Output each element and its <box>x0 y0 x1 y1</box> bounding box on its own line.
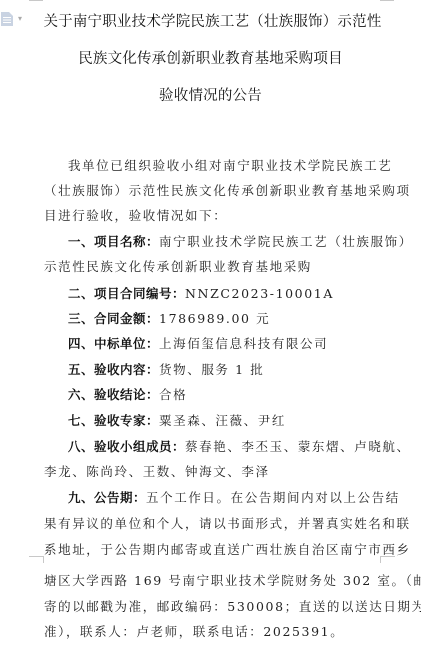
item-9: 九、公告期：五个工作日。在公告期间内对以上公告结 <box>68 488 404 506</box>
item-value: 上海佰玺信息科技有限公司 <box>159 336 328 351</box>
item-value: 合格 <box>159 387 187 402</box>
item-label: 三、合同金额： <box>68 311 159 326</box>
item-label: 二、项目合同编号： <box>68 286 185 301</box>
item-label: 六、验收结论： <box>68 387 159 402</box>
title-line-2: 民族文化传承创新职业教育基地采购项目 <box>0 47 421 68</box>
item-2: 二、项目合同编号：NNZC2023-10001A <box>68 284 404 302</box>
item-9-cont-5: 准），联系人：卢老师，联系电话：2025391。 <box>44 622 380 640</box>
title-line-1: 关于南宁职业技术学院民族工艺（壮族服饰）示范性 <box>40 10 385 31</box>
chevron-down-icon[interactable]: ▾ <box>18 14 22 23</box>
intro-line-2: （壮族服饰）示范性民族文化传承创新职业教育基地采购项 <box>44 181 380 199</box>
page-edge-mark <box>29 0 43 1</box>
item-value: 1786989.00 元 <box>159 311 270 326</box>
item-value: NNZC2023-10001A <box>185 286 334 301</box>
item-1-cont: 示范性民族文化传承创新职业教育基地采购 <box>44 257 380 275</box>
item-value: 五个工作日。在公告期间内对以上公告结 <box>146 490 400 505</box>
item-value: 蔡春艳、李丕玉、蒙东熠、卢晓航、 <box>185 439 411 454</box>
item-label: 九、公告期： <box>68 490 146 505</box>
title-line-3: 验收情况的公告 <box>0 84 421 105</box>
intro-line-1: 我单位已组织验收小组对南宁职业技术学院民族工艺 <box>68 156 380 174</box>
item-value: 粟圣森、汪薇、尹红 <box>159 413 286 428</box>
item-label: 一、项目名称： <box>68 234 159 249</box>
intro-line-3: 目进行验收，验收情况如下： <box>44 206 380 224</box>
page-break-mark <box>29 556 44 563</box>
document-icon[interactable] <box>1 12 13 26</box>
page-break-mark <box>380 556 395 563</box>
item-label: 四、中标单位： <box>68 336 159 351</box>
item-9-cont-3: 塘区大学西路 169 号南宁职业技术学院财务处 302 室。（邮 <box>44 571 380 589</box>
item-9-cont-2: 系地址，于公告期内邮寄或直送广西壮族自治区南宁市西乡 <box>44 540 380 558</box>
item-8-cont: 李龙、陈尚玲、王数、钟海文、李泽 <box>44 462 380 480</box>
page-edge-mark <box>380 0 394 1</box>
item-label: 七、验收专家： <box>68 413 159 428</box>
item-6: 六、验收结论：合格 <box>68 385 404 403</box>
item-8: 八、验收小组成员：蔡春艳、李丕玉、蒙东熠、卢晓航、 <box>68 437 404 455</box>
document-page: ▾ 关于南宁职业技术学院民族工艺（壮族服饰）示范性 民族文化传承创新职业教育基地… <box>0 0 421 656</box>
item-9-cont-4: 寄的以邮戳为准，邮政编码：530008；直送的以送达日期为 <box>44 597 380 615</box>
item-7: 七、验收专家：粟圣森、汪薇、尹红 <box>68 411 404 429</box>
item-value: 货物、服务 1 批 <box>159 362 264 377</box>
item-4: 四、中标单位：上海佰玺信息科技有限公司 <box>68 334 404 352</box>
item-3: 三、合同金额：1786989.00 元 <box>68 309 404 327</box>
item-value: 南宁职业技术学院民族工艺（壮族服饰） <box>159 234 413 249</box>
item-label: 八、验收小组成员： <box>68 439 185 454</box>
item-label: 五、验收内容： <box>68 362 159 377</box>
item-9-cont-1: 果有异议的单位和个人，请以书面形式，并署真实姓名和联 <box>44 514 380 532</box>
item-5: 五、验收内容：货物、服务 1 批 <box>68 360 404 378</box>
item-1: 一、项目名称：南宁职业技术学院民族工艺（壮族服饰） <box>68 232 404 250</box>
